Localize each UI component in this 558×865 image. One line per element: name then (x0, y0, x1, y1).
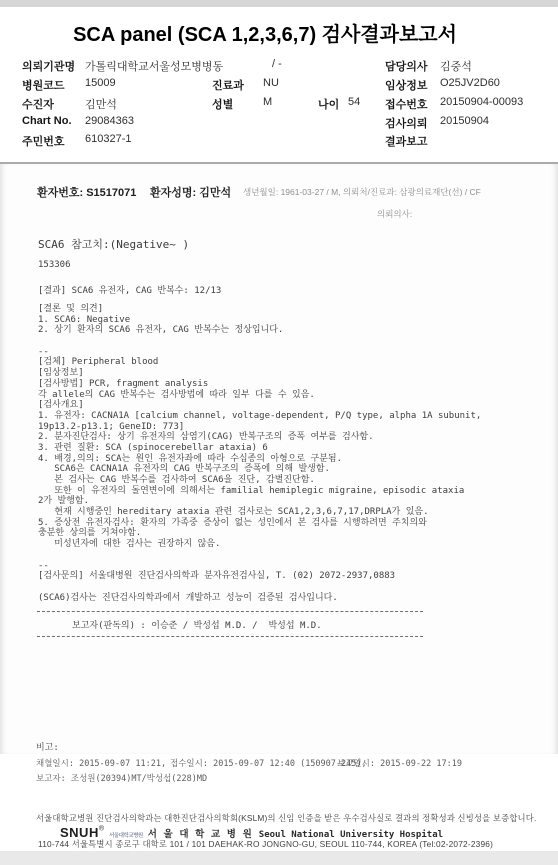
specimen-id: 153306 (38, 260, 71, 270)
patient-value: 김만석 (85, 96, 117, 112)
body-line: 2가 발행함. (38, 496, 543, 507)
reference-title: SCA6 참고치:(Negative~ ) (38, 236, 189, 252)
clinical-info-value: O25JV2D60 (440, 77, 500, 89)
department-value: NU (263, 77, 279, 89)
reporter-dash-top (37, 611, 423, 612)
resident-no-value: 610327-1 (85, 133, 132, 145)
org-value: 가톨릭대학교서울성모병병동 (85, 58, 223, 74)
birth-info: 생년월일: 1961-03-27 / M, 의뢰처/진료과: 삼광의료재단(선)… (243, 186, 481, 198)
remark-reporter: 보고자: 조성원(20394)MT/박성섭(228)MD (36, 772, 207, 784)
reporter-line: 보고자(판독의) : 이승준 / 박성섭 M.D. / 박성섭 M.D. (72, 618, 322, 631)
chart-no-value: 29084363 (85, 115, 134, 127)
body-line: 현재 시행중인 hereditary ataxia 관련 검사로는 SCA1,2… (38, 507, 543, 518)
chart-no-label: Chart No. (22, 115, 72, 127)
result-line: [결과] SCA6 유전자, CAG 반복수: 12/13 (38, 283, 221, 296)
body-line: 19p13.2-p13.1; GeneID: 773] (38, 422, 543, 433)
body-line: [검사방법] PCR, fragment analysis (38, 379, 543, 390)
body-line: 5. 증상전 유전자검사: 환자의 가족중 증상이 없는 성인에서 본 검사를 … (38, 518, 543, 529)
report-title: SCA panel (SCA 1,2,3,6,7) 검사결과보고서 (0, 18, 530, 47)
body-line: 충분한 상의를 거쳐야함. (38, 528, 543, 539)
test-request-value: 20150904 (440, 115, 489, 127)
body-line: 1. 유전자: CACNA1A [calcium channel, voltag… (38, 411, 543, 422)
lab-report-page: SCA panel (SCA 1,2,3,6,7) 검사결과보고서 의뢰기관명 … (0, 0, 558, 865)
patient-label: 수진자 (22, 96, 54, 112)
body-line: 3. 관련 질환: SCA (spinocerebellar ataxia) 6 (38, 443, 543, 454)
result-report-label: 결과보고 (385, 133, 428, 149)
body-line: [결론 및 의견] (38, 304, 543, 315)
body-line: [검사개요] (38, 400, 543, 411)
body-line: 2. 상기 환자의 SCA6 유전자, CAG 반복수는 정상입니다. (38, 325, 543, 336)
org-suffix: / - (272, 58, 282, 70)
collection-time: 채혈일시: 2015-09-07 11:21, (36, 757, 166, 769)
body-line: (SCA6)검사는 진단검사의학과에서 개발하고 성능이 검증된 검사입니다. (38, 593, 543, 604)
body-line (38, 582, 543, 593)
body-line: SCA6은 CACNA1A 유전자의 CAG 반복구조의 증폭에 의해 발생함. (38, 464, 543, 475)
body-line: [임상정보] (38, 368, 543, 379)
doctor-label: 담당의사 (385, 58, 428, 74)
report-time: 보고일시: 2015-09-22 17:19 (337, 757, 462, 769)
age-label: 나이 (318, 96, 339, 112)
age-value: 54 (348, 96, 360, 108)
org-label: 의뢰기관명 (22, 58, 75, 74)
body-line: -- (38, 347, 543, 358)
receipt-no-value: 20150904-00093 (440, 96, 523, 108)
hospital-code-value: 15009 (85, 77, 116, 89)
body-line: 1. SCA6: Negative (38, 315, 543, 326)
body-line: 4. 배경,의의: SCA는 원인 유전자좌에 따라 수십종의 아형으로 구분됨… (38, 454, 543, 465)
reporter-dash-bottom (37, 636, 423, 637)
sex-label: 성별 (212, 96, 233, 112)
body-line: 미성년자에 대한 검사는 권장하지 않음. (38, 539, 543, 550)
body-line: [검사문의] 서울대병원 진단검사의학과 분자유전검사실, T. (02) 20… (38, 571, 543, 582)
patient-name: 환자성명: 김만석 (150, 184, 231, 200)
doctor-value: 김중석 (440, 58, 472, 74)
body-line: -- (38, 561, 543, 572)
receipt-no-label: 접수번호 (385, 96, 428, 112)
body-line: 또한 이 유전자의 돌연변이에 의해서는 familial hemiplegic… (38, 486, 543, 497)
remark-label: 비고: (36, 740, 59, 753)
body-line: 각 allele의 CAG 반복수는 검사방법에 따라 일부 다를 수 있음. (38, 390, 543, 401)
hospital-address: 110-744 서울특별시 종로구 대학로 101 / 101 DAEHAK-R… (38, 838, 493, 850)
patient-no: 환자번호: S1517071 (37, 184, 136, 200)
bottom-strip (0, 851, 558, 865)
clinical-info-label: 임상정보 (385, 77, 428, 93)
body-line: 2. 분자진단검사: 상기 유전자의 삼염기(CAG) 반복구조의 증폭 여부를… (38, 432, 543, 443)
test-request-label: 검사의뢰 (385, 115, 428, 131)
sex-value: M (263, 96, 272, 108)
body-line (38, 550, 543, 561)
resident-no-label: 주민번호 (22, 133, 65, 149)
body-line: 본 검사는 CAG 반복수를 검사하여 SCA6을 진단, 감별진단함. (38, 475, 543, 486)
top-strip (0, 0, 558, 7)
hospital-code-label: 병원코드 (22, 77, 65, 93)
body-line: [검체] Peripheral blood (38, 357, 543, 368)
department-label: 진료과 (212, 77, 244, 93)
report-text-lines: [결론 및 의견]1. SCA6: Negative2. 상기 환자의 SCA6… (38, 304, 543, 603)
body-line (38, 336, 543, 347)
referring-doctor: 의뢰의사: (377, 208, 412, 220)
accreditation-line: 서울대학교병원 진단검사의학과는 대한진단검사의학회(KSLM)의 신임 인증을… (36, 812, 536, 824)
